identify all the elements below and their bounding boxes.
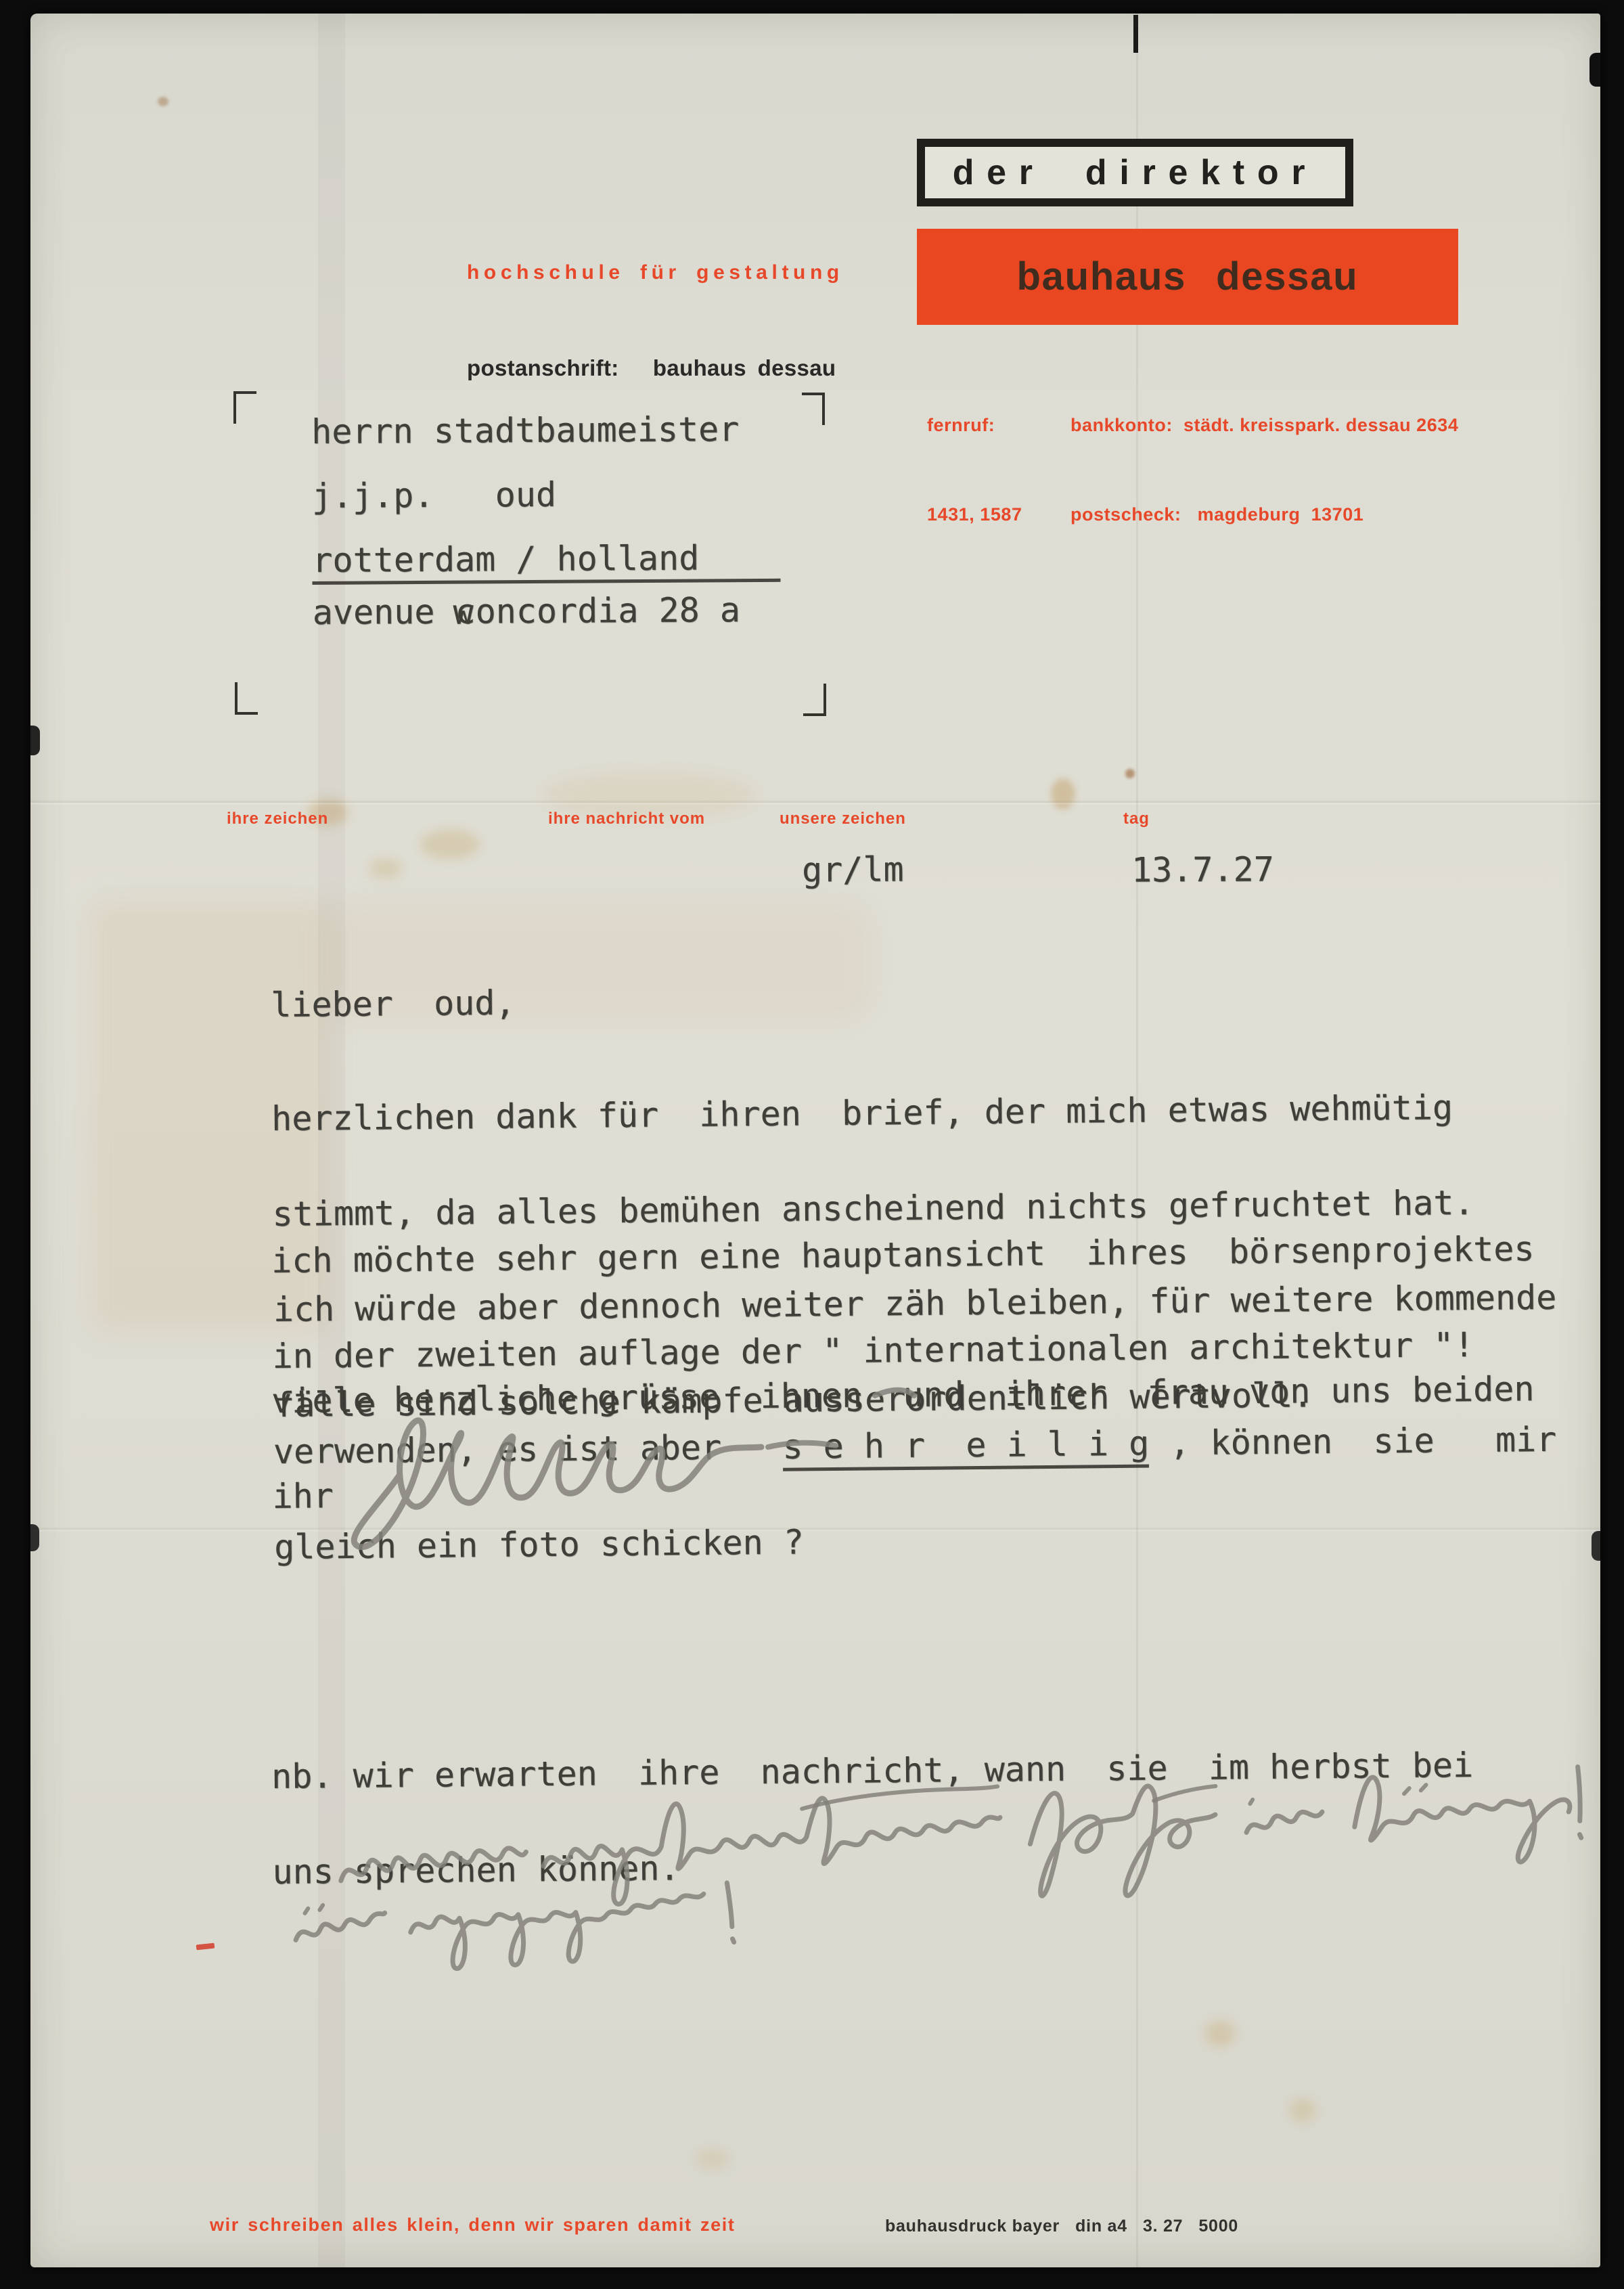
footer-imprint: bauhausdruck bayer din a4 3. 27 5000 (885, 2217, 1238, 2236)
recipient-line3: rotterdam / holland (312, 542, 781, 577)
stain-spot (1289, 2098, 1316, 2123)
salutation: lieber oud, (271, 987, 516, 1021)
street-pre: avenue (313, 592, 455, 632)
signature-gropius (294, 1381, 917, 1557)
fold-crease-upper (30, 800, 1600, 805)
window-mark-top-right (802, 393, 825, 425)
scan-background: der direktor bauhaus dessau hochschule f… (0, 0, 1624, 2289)
fernruf-value: 1431, 1587 (927, 499, 1022, 529)
edge-notch-left-lower (30, 1524, 39, 1551)
bank-line2: postscheck: magdeburg 13701 (1070, 499, 1458, 529)
edge-notch-right-top (1589, 53, 1600, 87)
para2-line1: ich möchte sehr gern eine hauptansicht i… (271, 1233, 1555, 1277)
bank-block: bankkonto: städt. kreisspark. dessau 263… (1070, 351, 1458, 589)
date-value: 13.7.27 (1131, 853, 1274, 886)
letter-paper: der direktor bauhaus dessau hochschule f… (30, 14, 1600, 2267)
stain-spot (1051, 778, 1075, 809)
recipient-line1: herrn stadtbaumeister (311, 414, 739, 448)
phone-block: fernruf: 1431, 1587 (927, 351, 1022, 589)
postal-address-line: postanschrift: bauhaus dessau (467, 355, 836, 381)
label-tag: tag (1123, 809, 1150, 828)
edge-notch-left-mid (30, 726, 40, 755)
red-margin-dash (196, 1943, 215, 1951)
label-ihre-zeichen: ihre zeichen (227, 809, 328, 828)
overstrike-char: cw (455, 596, 475, 628)
overstrike-over: w (453, 597, 473, 629)
label-unsere-zeichen: unsere zeichen (780, 809, 906, 828)
window-mark-bottom-right (803, 684, 826, 716)
unsere-zeichen-value: gr/lm (802, 854, 904, 887)
stain-speck (158, 97, 168, 106)
window-mark-bottom-left (235, 682, 258, 715)
school-line: hochschule für gestaltung (467, 261, 844, 284)
recipient-city-underlined: rotterdam / holland (312, 538, 781, 585)
street-post: oncordia 28 a (475, 590, 740, 631)
para1-line1: herzlichen dank für ihren brief, der mic… (271, 1091, 1555, 1135)
stain-speck (1125, 769, 1135, 778)
stain-spot (696, 2149, 729, 2169)
edge-notch-right-lower (1592, 1531, 1600, 1561)
stain-spot (369, 858, 403, 879)
recipient-line2: j.j.p. oud (312, 479, 557, 512)
recipient-address: herrn stadtbaumeister j.j.p. oud rotterd… (311, 416, 434, 607)
footer-slogan: wir schreiben alles klein, denn wir spar… (210, 2215, 736, 2236)
fernruf-label: fernruf: (927, 410, 1022, 440)
label-ihre-nachricht-vom: ihre nachricht vom (548, 809, 705, 828)
bank-line1: bankkonto: städt. kreisspark. dessau 263… (1070, 410, 1458, 440)
window-mark-top-left (233, 391, 256, 424)
bauhaus-brand-box: bauhaus dessau (917, 229, 1458, 325)
recipient-line4: avenue cwoncordia 28 a (313, 594, 740, 629)
director-box: der direktor (917, 139, 1353, 206)
stain-spot (420, 829, 480, 860)
fold-tick-top (1133, 15, 1138, 53)
stain-spot (1204, 2020, 1236, 2047)
